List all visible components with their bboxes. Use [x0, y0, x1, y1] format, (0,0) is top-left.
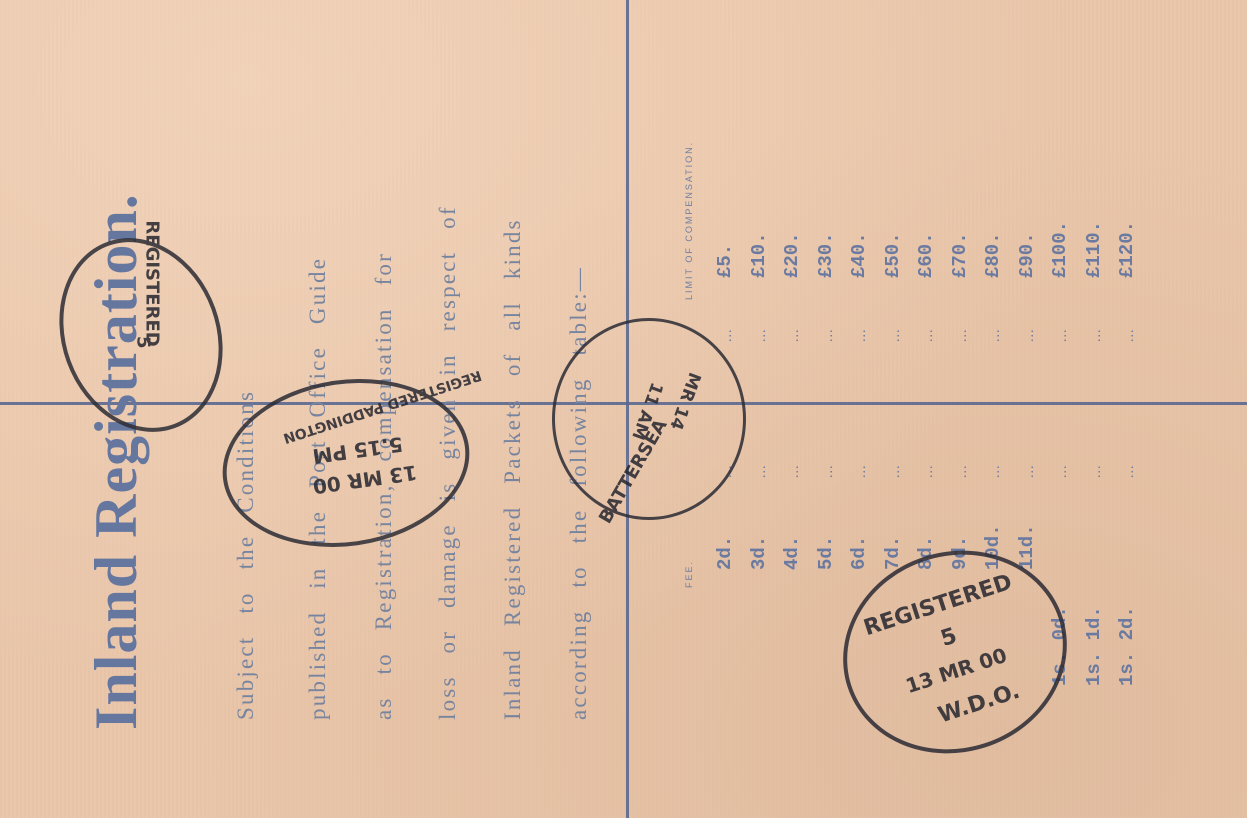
fee-cell: 1s. 2d.: [1116, 606, 1138, 686]
fee-cell: 1s. 1d.: [1083, 606, 1105, 686]
leader-dots: ...: [854, 465, 870, 479]
leader-dots: ...: [787, 329, 803, 343]
leader-dots: ...: [1122, 465, 1138, 479]
leader-dots: ...: [955, 465, 971, 479]
leader-dots: ...: [821, 465, 837, 479]
limit-cell: £50.: [882, 232, 904, 278]
leader-dots: ...: [754, 465, 770, 479]
leader-dots: ...: [1089, 465, 1105, 479]
envelope-back: Inland Registration. Subject to the Cond…: [0, 0, 1247, 818]
leader-dots: ...: [888, 465, 904, 479]
leader-dots: ...: [754, 329, 770, 343]
leader-dots: ...: [1122, 329, 1138, 343]
limit-cell: £5.: [714, 244, 736, 278]
fee-header: FEE.: [684, 560, 694, 588]
leader-dots: ...: [1022, 329, 1038, 343]
limit-cell: £10.: [748, 232, 770, 278]
limit-cell: £70.: [949, 232, 971, 278]
limit-cell: £110.: [1083, 221, 1105, 278]
limit-cell: £120.: [1116, 221, 1138, 278]
limit-cell: £40.: [848, 232, 870, 278]
leader-dots: ...: [1055, 465, 1071, 479]
limit-cell: £100.: [1049, 221, 1071, 278]
postmark-registered-top-left: REGISTERED 5: [33, 215, 249, 455]
leader-dots: ...: [787, 465, 803, 479]
leader-dots: ...: [988, 465, 1004, 479]
fee-cell: 7d.: [882, 536, 904, 570]
fee-cell: 2d.: [714, 536, 736, 570]
fee-cell: 6d.: [848, 536, 870, 570]
limit-cell: £60.: [915, 232, 937, 278]
leader-dots: ...: [1022, 465, 1038, 479]
limit-header: LIMIT OF COMPENSATION.: [684, 141, 694, 300]
limit-cell: £80.: [982, 232, 1004, 278]
leader-dots: ...: [1089, 329, 1105, 343]
fee-cell: 4d.: [781, 536, 803, 570]
fee-cell: 5d.: [815, 536, 837, 570]
fee-cell: 11d.: [1016, 524, 1038, 570]
leader-dots: ...: [854, 329, 870, 343]
leader-dots: ...: [1055, 329, 1071, 343]
leader-dots: ...: [921, 465, 937, 479]
postmark-battersea: BATTERSEA 11 AM MR 14: [552, 318, 746, 520]
leader-dots: ...: [955, 329, 971, 343]
limit-cell: £30.: [815, 232, 837, 278]
leader-dots: ...: [888, 329, 904, 343]
leader-dots: ...: [821, 329, 837, 343]
body-line: Inland Registered Packets of all kinds: [500, 218, 526, 720]
limit-cell: £90.: [1016, 232, 1038, 278]
leader-dots: ...: [988, 329, 1004, 343]
limit-cell: £20.: [781, 232, 803, 278]
leader-dots: ...: [921, 329, 937, 343]
fee-cell: 3d.: [748, 536, 770, 570]
leader-dots: ...: [720, 329, 736, 343]
